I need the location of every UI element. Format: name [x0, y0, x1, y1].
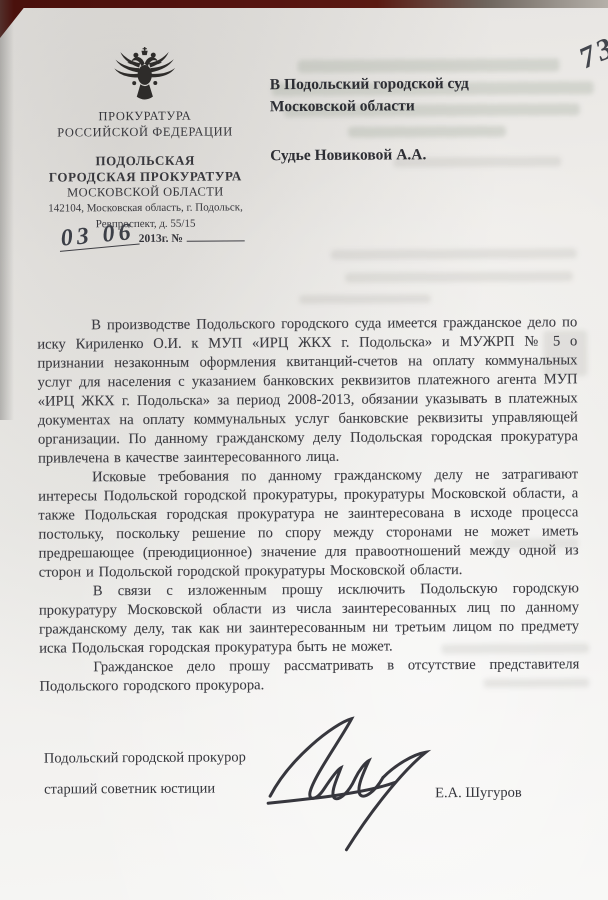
handwritten-signature	[252, 699, 463, 860]
scanned-letter-photo: 73	[0, 0, 608, 900]
signature-block: Подольский городской прокурор старший со…	[0, 0, 608, 900]
signer-position-line1: Подольский городской прокурор	[44, 749, 246, 767]
letter-page: 73	[0, 0, 608, 900]
signer-position-line2: старший советник юстиции	[44, 781, 215, 799]
signer-name: Е.А. Шугуров	[435, 785, 522, 803]
